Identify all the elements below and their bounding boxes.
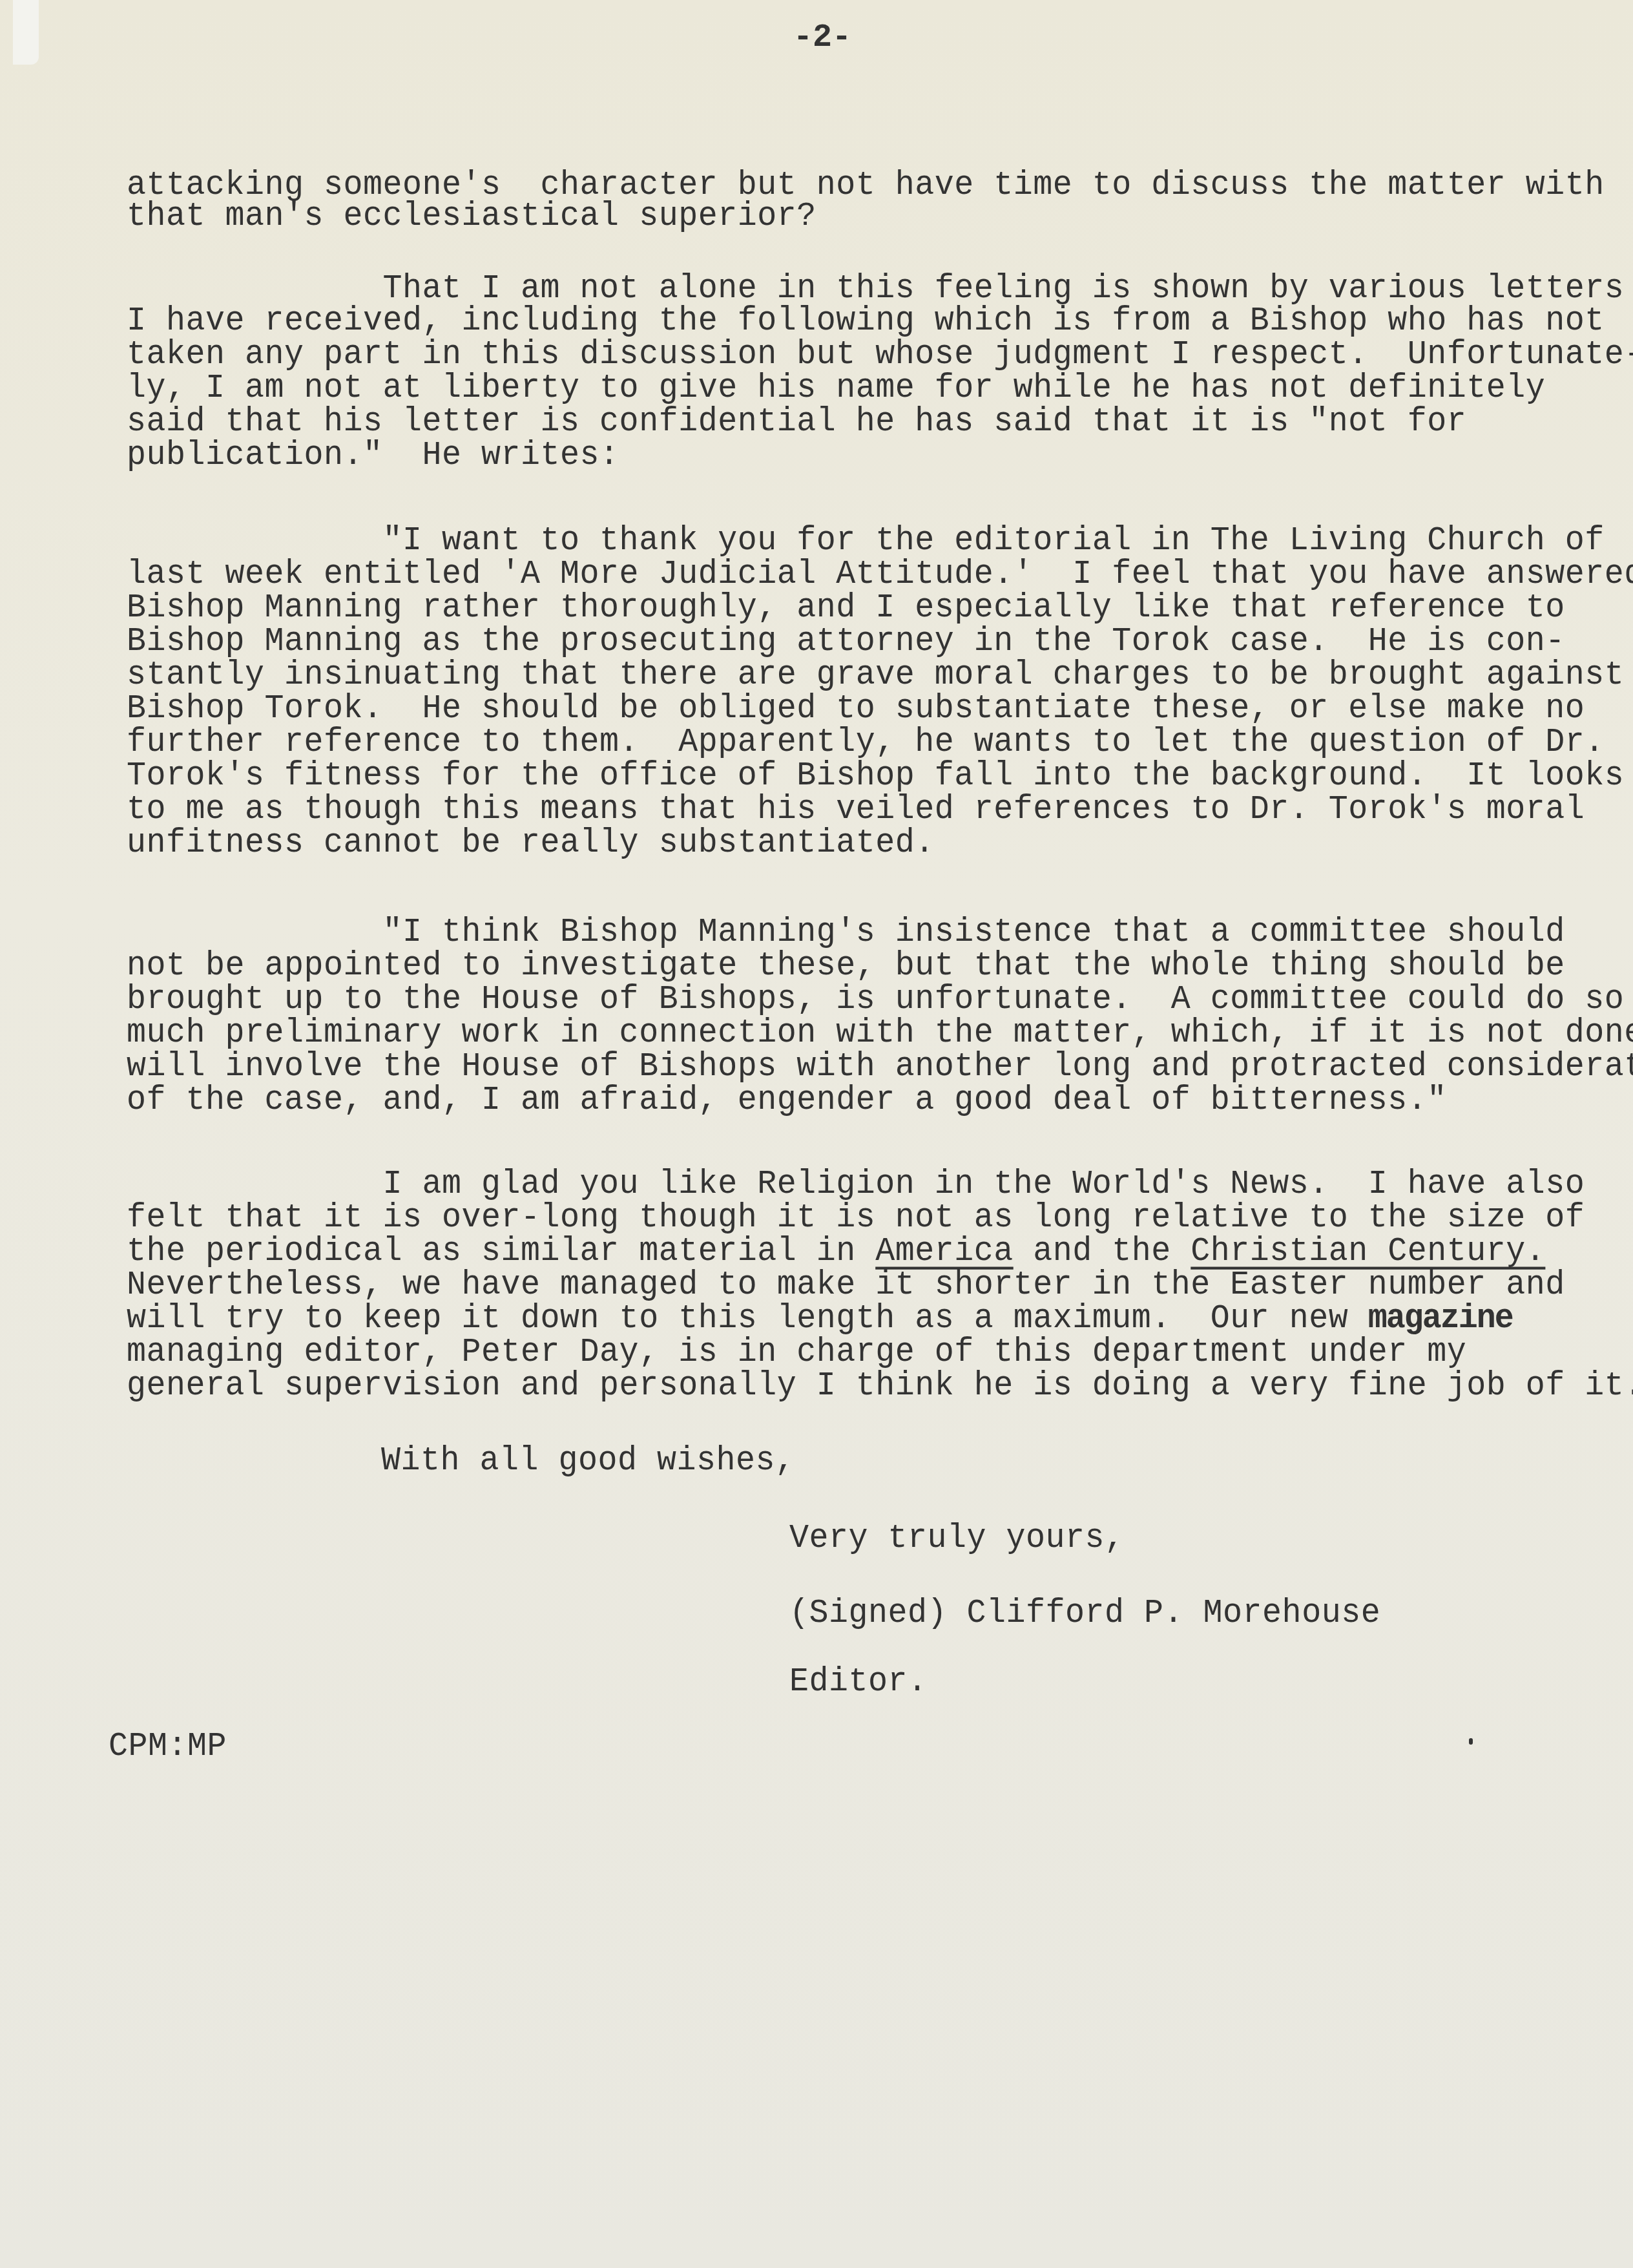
typist-initials: CPM:MP	[109, 1728, 227, 1766]
text-segment: and the	[1014, 1232, 1191, 1271]
body-line: publication." He writes:	[127, 437, 619, 475]
underlined-title-christian-century: Christian Century.	[1191, 1232, 1545, 1271]
valediction: Very truly yours,	[789, 1520, 1125, 1558]
text-segment: the periodical as similar material in	[127, 1232, 875, 1271]
text-segment: will try to keep it down to this length …	[127, 1299, 1368, 1338]
struck-out-word: magazine	[1368, 1299, 1513, 1338]
letter-page: -2- attacking someone's character but no…	[0, 0, 1633, 2268]
signature: (Signed) Clifford P. Morehouse	[789, 1595, 1380, 1633]
quote-line: unfitness cannot be really substantiated…	[127, 824, 935, 863]
body-line: that man's ecclesiastical superior?	[127, 198, 816, 236]
underlined-title-america: America	[875, 1232, 1014, 1271]
closing-wishes: With all good wishes,	[381, 1442, 795, 1480]
ink-speck	[1469, 1738, 1473, 1745]
page-number: -2-	[793, 19, 851, 56]
body-line: general supervision and personally I thi…	[127, 1367, 1633, 1405]
quote-line: of the case, and, I am afraid, engender …	[127, 1082, 1447, 1120]
torn-corner	[13, 0, 39, 65]
signer-title: Editor.	[789, 1663, 928, 1701]
